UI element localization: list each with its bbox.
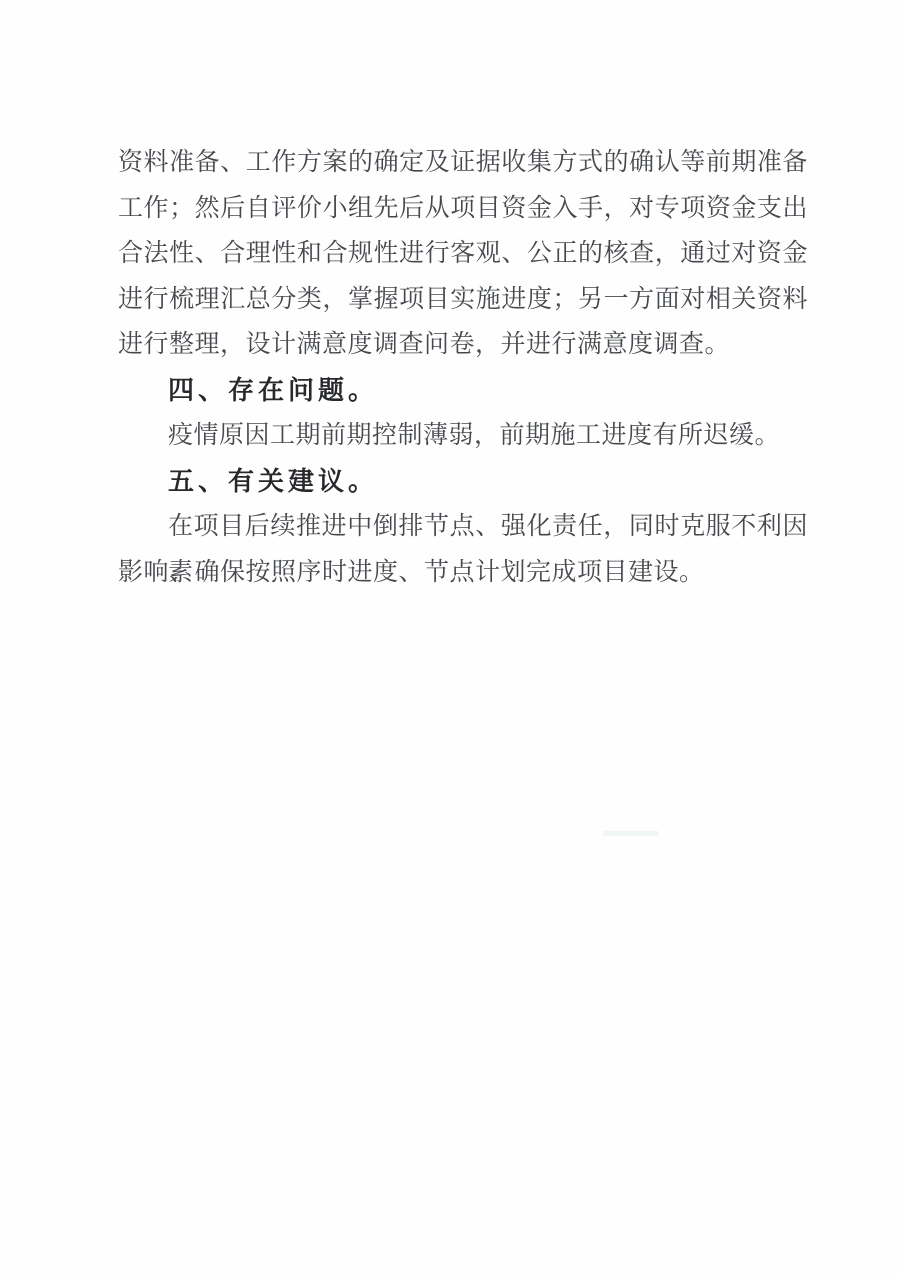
section-5-body-line: 影响、确保按照序时进度、节点计划完成项目建设。	[118, 550, 808, 596]
continuation-paragraph-line: 资料准备、工作方案的确定及证据收集方式的确认等前期准备	[118, 140, 808, 186]
continuation-paragraph-line: 合法性、合理性和合规性进行客观、公正的核查，通过对资金	[118, 231, 808, 277]
scanned-document-page: 资料准备、工作方案的确定及证据收集方式的确认等前期准备 工作；然后自评价小组先后…	[0, 0, 900, 1274]
continuation-paragraph-line: 进行整理，设计满意度调查问卷，并进行满意度调查。	[118, 322, 808, 368]
section-4-heading: 四、存在问题。	[118, 368, 808, 414]
section-5-body-line: 在项目后续推进中倒排节点、强化责任，同时克服不利因素	[118, 504, 808, 550]
scan-artifact	[603, 831, 659, 836]
section-5-heading: 五、有关建议。	[118, 459, 808, 505]
section-4-body-line: 疫情原因工期前期控制薄弱，前期施工进度有所迟缓。	[118, 413, 808, 459]
continuation-paragraph-line: 进行梳理汇总分类，掌握项目实施进度；另一方面对相关资料	[118, 277, 808, 323]
continuation-paragraph-line: 工作；然后自评价小组先后从项目资金入手，对专项资金支出	[118, 186, 808, 232]
document-text-block: 资料准备、工作方案的确定及证据收集方式的确认等前期准备 工作；然后自评价小组先后…	[118, 140, 808, 595]
